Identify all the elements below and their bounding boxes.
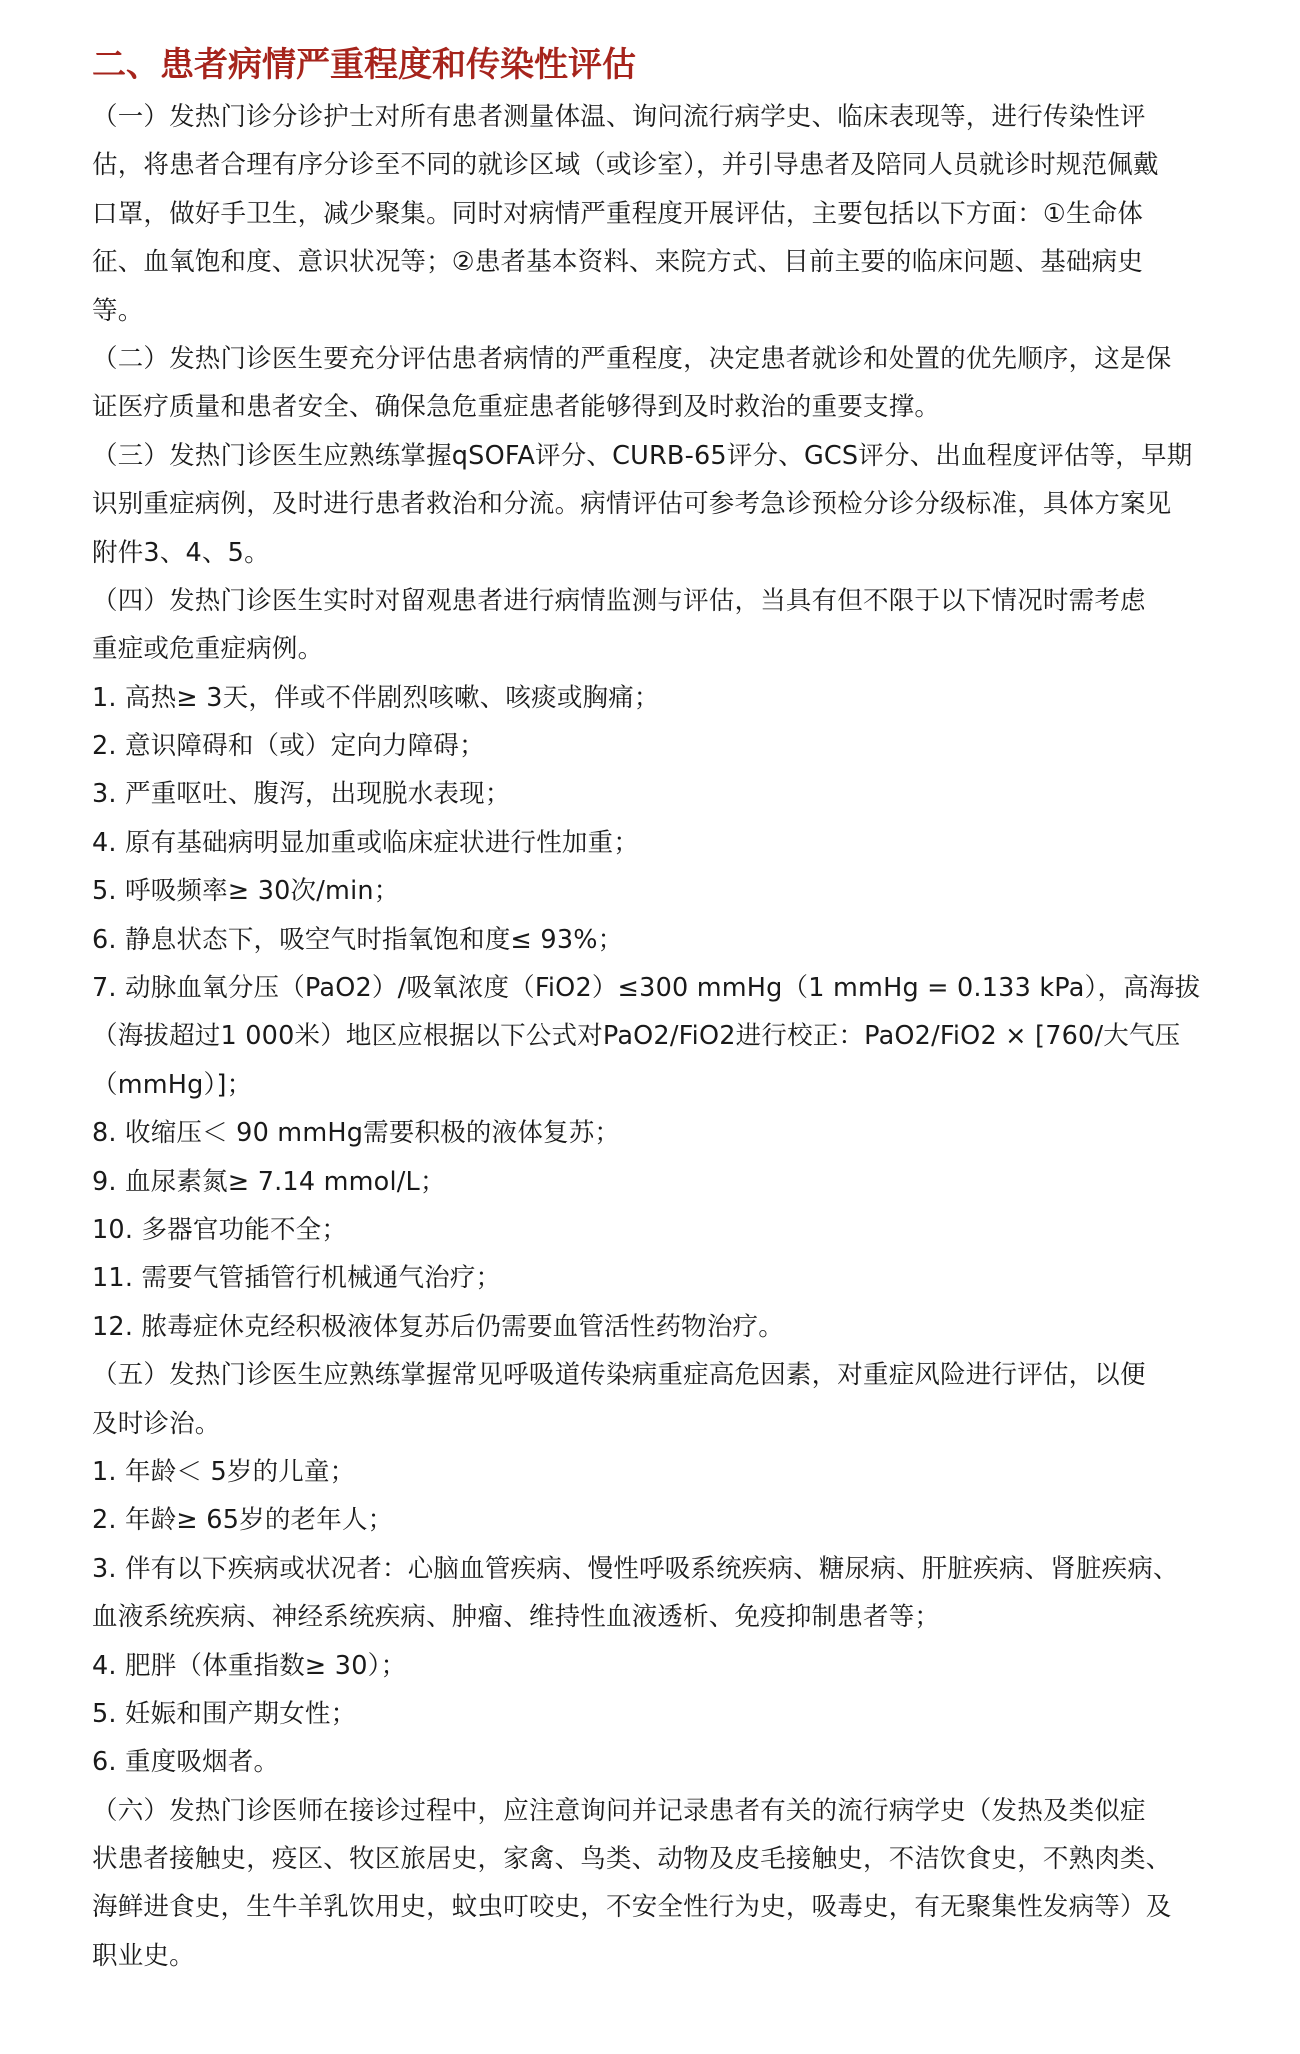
paragraph-1-line-4: 征、血氧饱和度、意识状况等；②患者基本资料、来院方式、目前主要的临床问题、基础病… (92, 238, 1212, 286)
risk-factor-item-3-line-2: 血液系统疾病、神经系统疾病、肿瘤、维持性血液透析、免疫抑制患者等； (92, 1593, 1212, 1641)
severe-criteria-item-3: 3. 严重呕吐、腹泻，出现脱水表现； (92, 770, 1212, 818)
severe-criteria-item-8: 8. 收缩压＜ 90 mmHg需要积极的液体复苏； (92, 1109, 1212, 1157)
risk-factor-item-1: 1. 年龄＜ 5岁的儿童； (92, 1448, 1212, 1496)
document-body: （一）发热门诊分诊护士对所有患者测量体温、询问流行病学史、临床表现等，进行传染性… (92, 93, 1212, 1980)
paragraph-2-line-1: （二）发热门诊医生要充分评估患者病情的严重程度，决定患者就诊和处置的优先顺序，这… (92, 335, 1212, 383)
paragraph-5-line-1: （五）发热门诊医生应熟练掌握常见呼吸道传染病重症高危因素，对重症风险进行评估，以… (92, 1351, 1212, 1399)
severe-criteria-item-9: 9. 血尿素氮≥ 7.14 mmol/L； (92, 1158, 1212, 1206)
severe-criteria-item-12: 12. 脓毒症休克经积极液体复苏后仍需要血管活性药物治疗。 (92, 1303, 1212, 1351)
severe-criteria-item-7-line-2: （海拔超过1 000米）地区应根据以下公式对PaO2/FiO2进行校正：PaO2… (92, 1012, 1212, 1060)
severe-criteria-item-5: 5. 呼吸频率≥ 30次/min； (92, 867, 1212, 915)
paragraph-6-line-2: 状患者接触史，疫区、牧区旅居史，家禽、鸟类、动物及皮毛接触史，不洁饮食史，不熟肉… (92, 1835, 1212, 1883)
paragraph-6-line-4: 职业史。 (92, 1932, 1212, 1980)
paragraph-1-line-1: （一）发热门诊分诊护士对所有患者测量体温、询问流行病学史、临床表现等，进行传染性… (92, 93, 1212, 141)
paragraph-6-line-3: 海鲜进食史，生牛羊乳饮用史，蚊虫叮咬史，不安全性行为史，吸毒史，有无聚集性发病等… (92, 1883, 1212, 1931)
severe-criteria-item-1: 1. 高热≥ 3天，伴或不伴剧烈咳嗽、咳痰或胸痛； (92, 674, 1212, 722)
paragraph-1-line-3: 口罩，做好手卫生，减少聚集。同时对病情严重程度开展评估，主要包括以下方面：①生命… (92, 190, 1212, 238)
paragraph-5-line-2: 及时诊治。 (92, 1400, 1212, 1448)
paragraph-3-line-1: （三）发热门诊医生应熟练掌握qSOFA评分、CURB-65评分、GCS评分、出血… (92, 432, 1212, 480)
risk-factor-item-3-line-1: 3. 伴有以下疾病或状况者：心脑血管疾病、慢性呼吸系统疾病、糖尿病、肝脏疾病、肾… (92, 1545, 1212, 1593)
section-title: 二、患者病情严重程度和传染性评估 (92, 40, 636, 90)
severe-criteria-item-10: 10. 多器官功能不全； (92, 1206, 1212, 1254)
risk-factor-item-2: 2. 年龄≥ 65岁的老年人； (92, 1496, 1212, 1544)
paragraph-1-line-5: 等。 (92, 287, 1212, 335)
paragraph-6-line-1: （六）发热门诊医师在接诊过程中，应注意询问并记录患者有关的流行病学史（发热及类似… (92, 1787, 1212, 1835)
paragraph-1-line-2: 估，将患者合理有序分诊至不同的就诊区域（或诊室），并引导患者及陪同人员就诊时规范… (92, 141, 1212, 189)
severe-criteria-item-6: 6. 静息状态下，吸空气时指氧饱和度≤ 93%； (92, 916, 1212, 964)
severe-criteria-item-11: 11. 需要气管插管行机械通气治疗； (92, 1254, 1212, 1302)
paragraph-3-line-3: 附件3、4、5。 (92, 529, 1212, 577)
paragraph-4-line-1: （四）发热门诊医生实时对留观患者进行病情监测与评估，当具有但不限于以下情况时需考… (92, 577, 1212, 625)
risk-factor-item-5: 5. 妊娠和围产期女性； (92, 1690, 1212, 1738)
paragraph-2-line-2: 证医疗质量和患者安全、确保急危重症患者能够得到及时救治的重要支撑。 (92, 383, 1212, 431)
severe-criteria-item-4: 4. 原有基础病明显加重或临床症状进行性加重； (92, 819, 1212, 867)
severe-criteria-item-7-line-1: 7. 动脉血氧分压（PaO2）/吸氧浓度（FiO2）≤300 mmHg（1 mm… (92, 964, 1212, 1012)
severe-criteria-item-2: 2. 意识障碍和（或）定向力障碍； (92, 722, 1212, 770)
paragraph-3-line-2: 识别重症病例，及时进行患者救治和分流。病情评估可参考急诊预检分诊分级标准，具体方… (92, 480, 1212, 528)
risk-factor-item-4: 4. 肥胖（体重指数≥ 30）； (92, 1642, 1212, 1690)
risk-factor-item-6: 6. 重度吸烟者。 (92, 1738, 1212, 1786)
severe-criteria-item-7-line-3: （mmHg）]； (92, 1061, 1212, 1109)
paragraph-4-line-2: 重症或危重症病例。 (92, 625, 1212, 673)
